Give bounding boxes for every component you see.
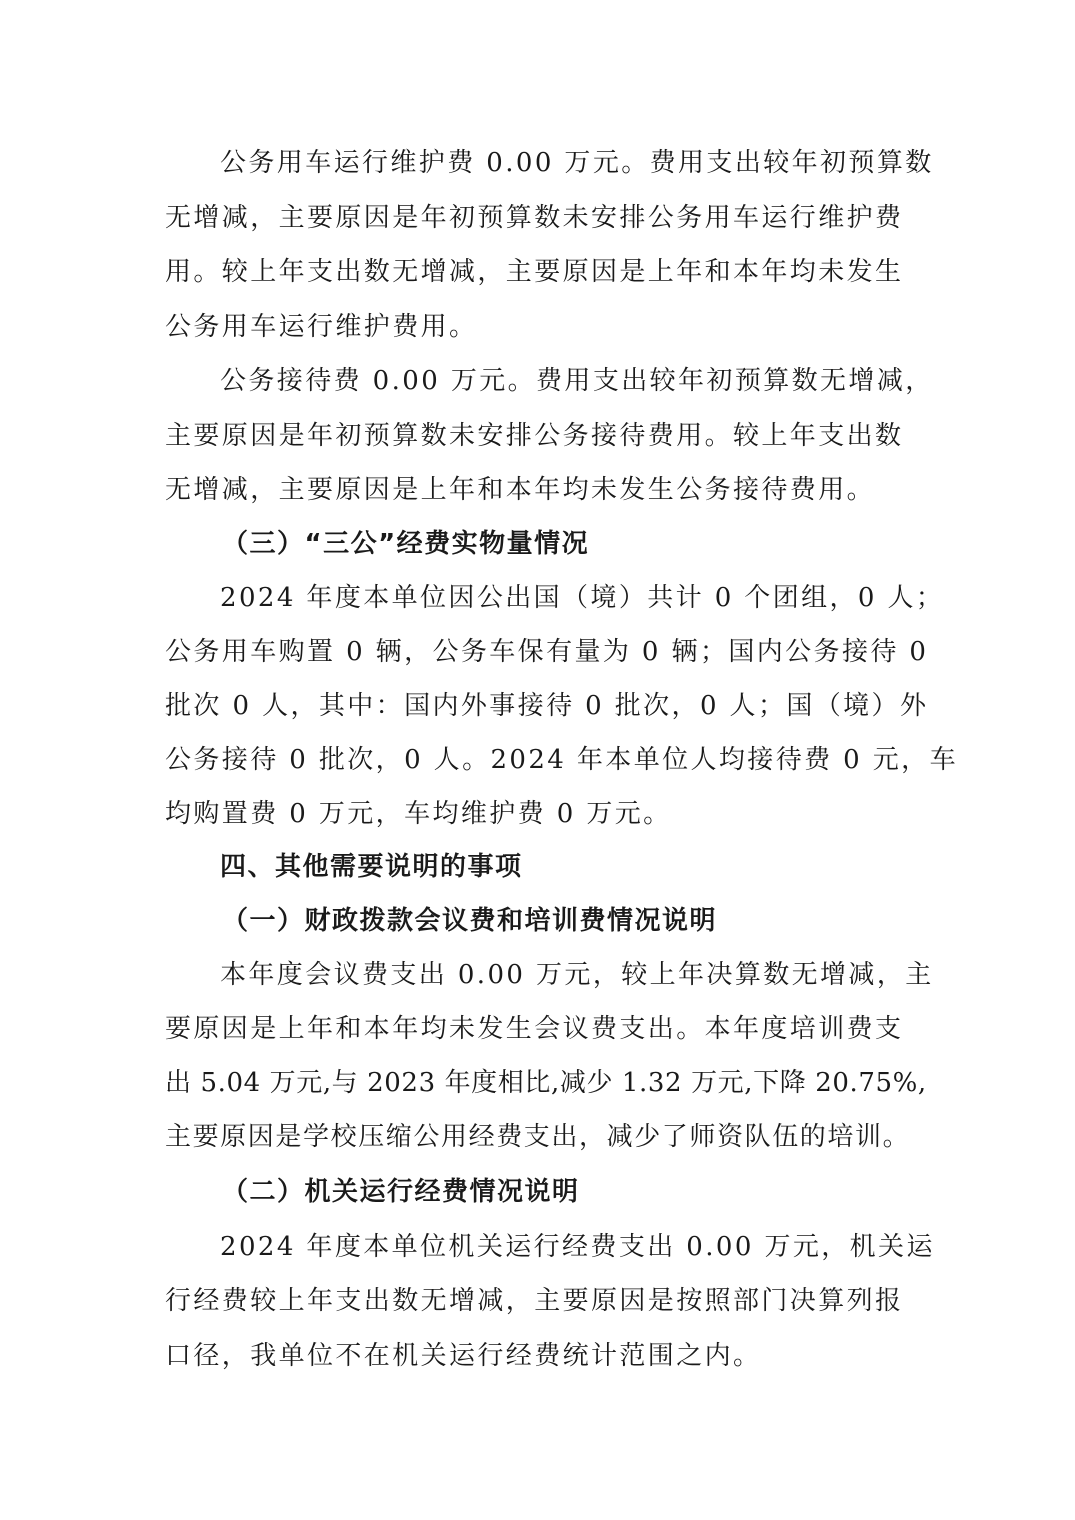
text-line: 无增减，主要原因是年初预算数未安排公务用车运行维护费 — [165, 200, 925, 236]
text-line: 无增减，主要原因是上年和本年均未发生公务接待费用。 — [165, 472, 925, 508]
text-line: 公务用车运行维护费 0.00 万元。费用支出较年初预算数 — [220, 145, 980, 181]
text-line: 本年度会议费支出 0.00 万元，较上年决算数无增减，主 — [220, 957, 980, 993]
text-line: 出 5.04 万元,与 2023 年度相比,减少 1.32 万元,下降 20.7… — [165, 1065, 925, 1101]
text-line: 要原因是上年和本年均未发生会议费支出。本年度培训费支 — [165, 1011, 925, 1047]
section-heading-operating-expenses: （二）机关运行经费情况说明 — [222, 1174, 982, 1210]
text-line: 批次 0 人，其中：国内外事接待 0 批次，0 人；国（境）外 — [165, 688, 925, 724]
text-line: 2024 年度本单位因公出国（境）共计 0 个团组，0 人； — [220, 580, 980, 616]
text-line: 公务用车运行维护费用。 — [165, 309, 925, 345]
document-page: 公务用车运行维护费 0.00 万元。费用支出较年初预算数 无增减，主要原因是年初… — [0, 0, 1075, 1520]
text-line: 主要原因是学校压缩公用经费支出，减少了师资队伍的培训。 — [165, 1119, 925, 1155]
text-line: 用。较上年支出数无增减，主要原因是上年和本年均未发生 — [165, 254, 925, 290]
text-line: 2024 年度本单位机关运行经费支出 0.00 万元，机关运 — [220, 1229, 980, 1265]
section-heading-other-matters: 四、其他需要说明的事项 — [220, 849, 980, 885]
text-line: 公务接待费 0.00 万元。费用支出较年初预算数无增减， — [220, 363, 980, 399]
text-line: 公务接待 0 批次，0 人。2024 年本单位人均接待费 0 元，车 — [165, 742, 925, 778]
text-line: 均购置费 0 万元，车均维护费 0 万元。 — [165, 796, 925, 832]
text-line: 口径，我单位不在机关运行经费统计范围之内。 — [165, 1338, 925, 1374]
text-line: 行经费较上年支出数无增减，主要原因是按照部门决算列报 — [165, 1283, 925, 1319]
text-line: 主要原因是年初预算数未安排公务接待费用。较上年支出数 — [165, 418, 925, 454]
text-line: 公务用车购置 0 辆，公务车保有量为 0 辆；国内公务接待 0 — [165, 634, 925, 670]
section-heading-meeting-training: （一）财政拨款会议费和培训费情况说明 — [222, 903, 982, 939]
section-heading-physical-quantity: （三）“三公”经费实物量情况 — [222, 526, 982, 562]
